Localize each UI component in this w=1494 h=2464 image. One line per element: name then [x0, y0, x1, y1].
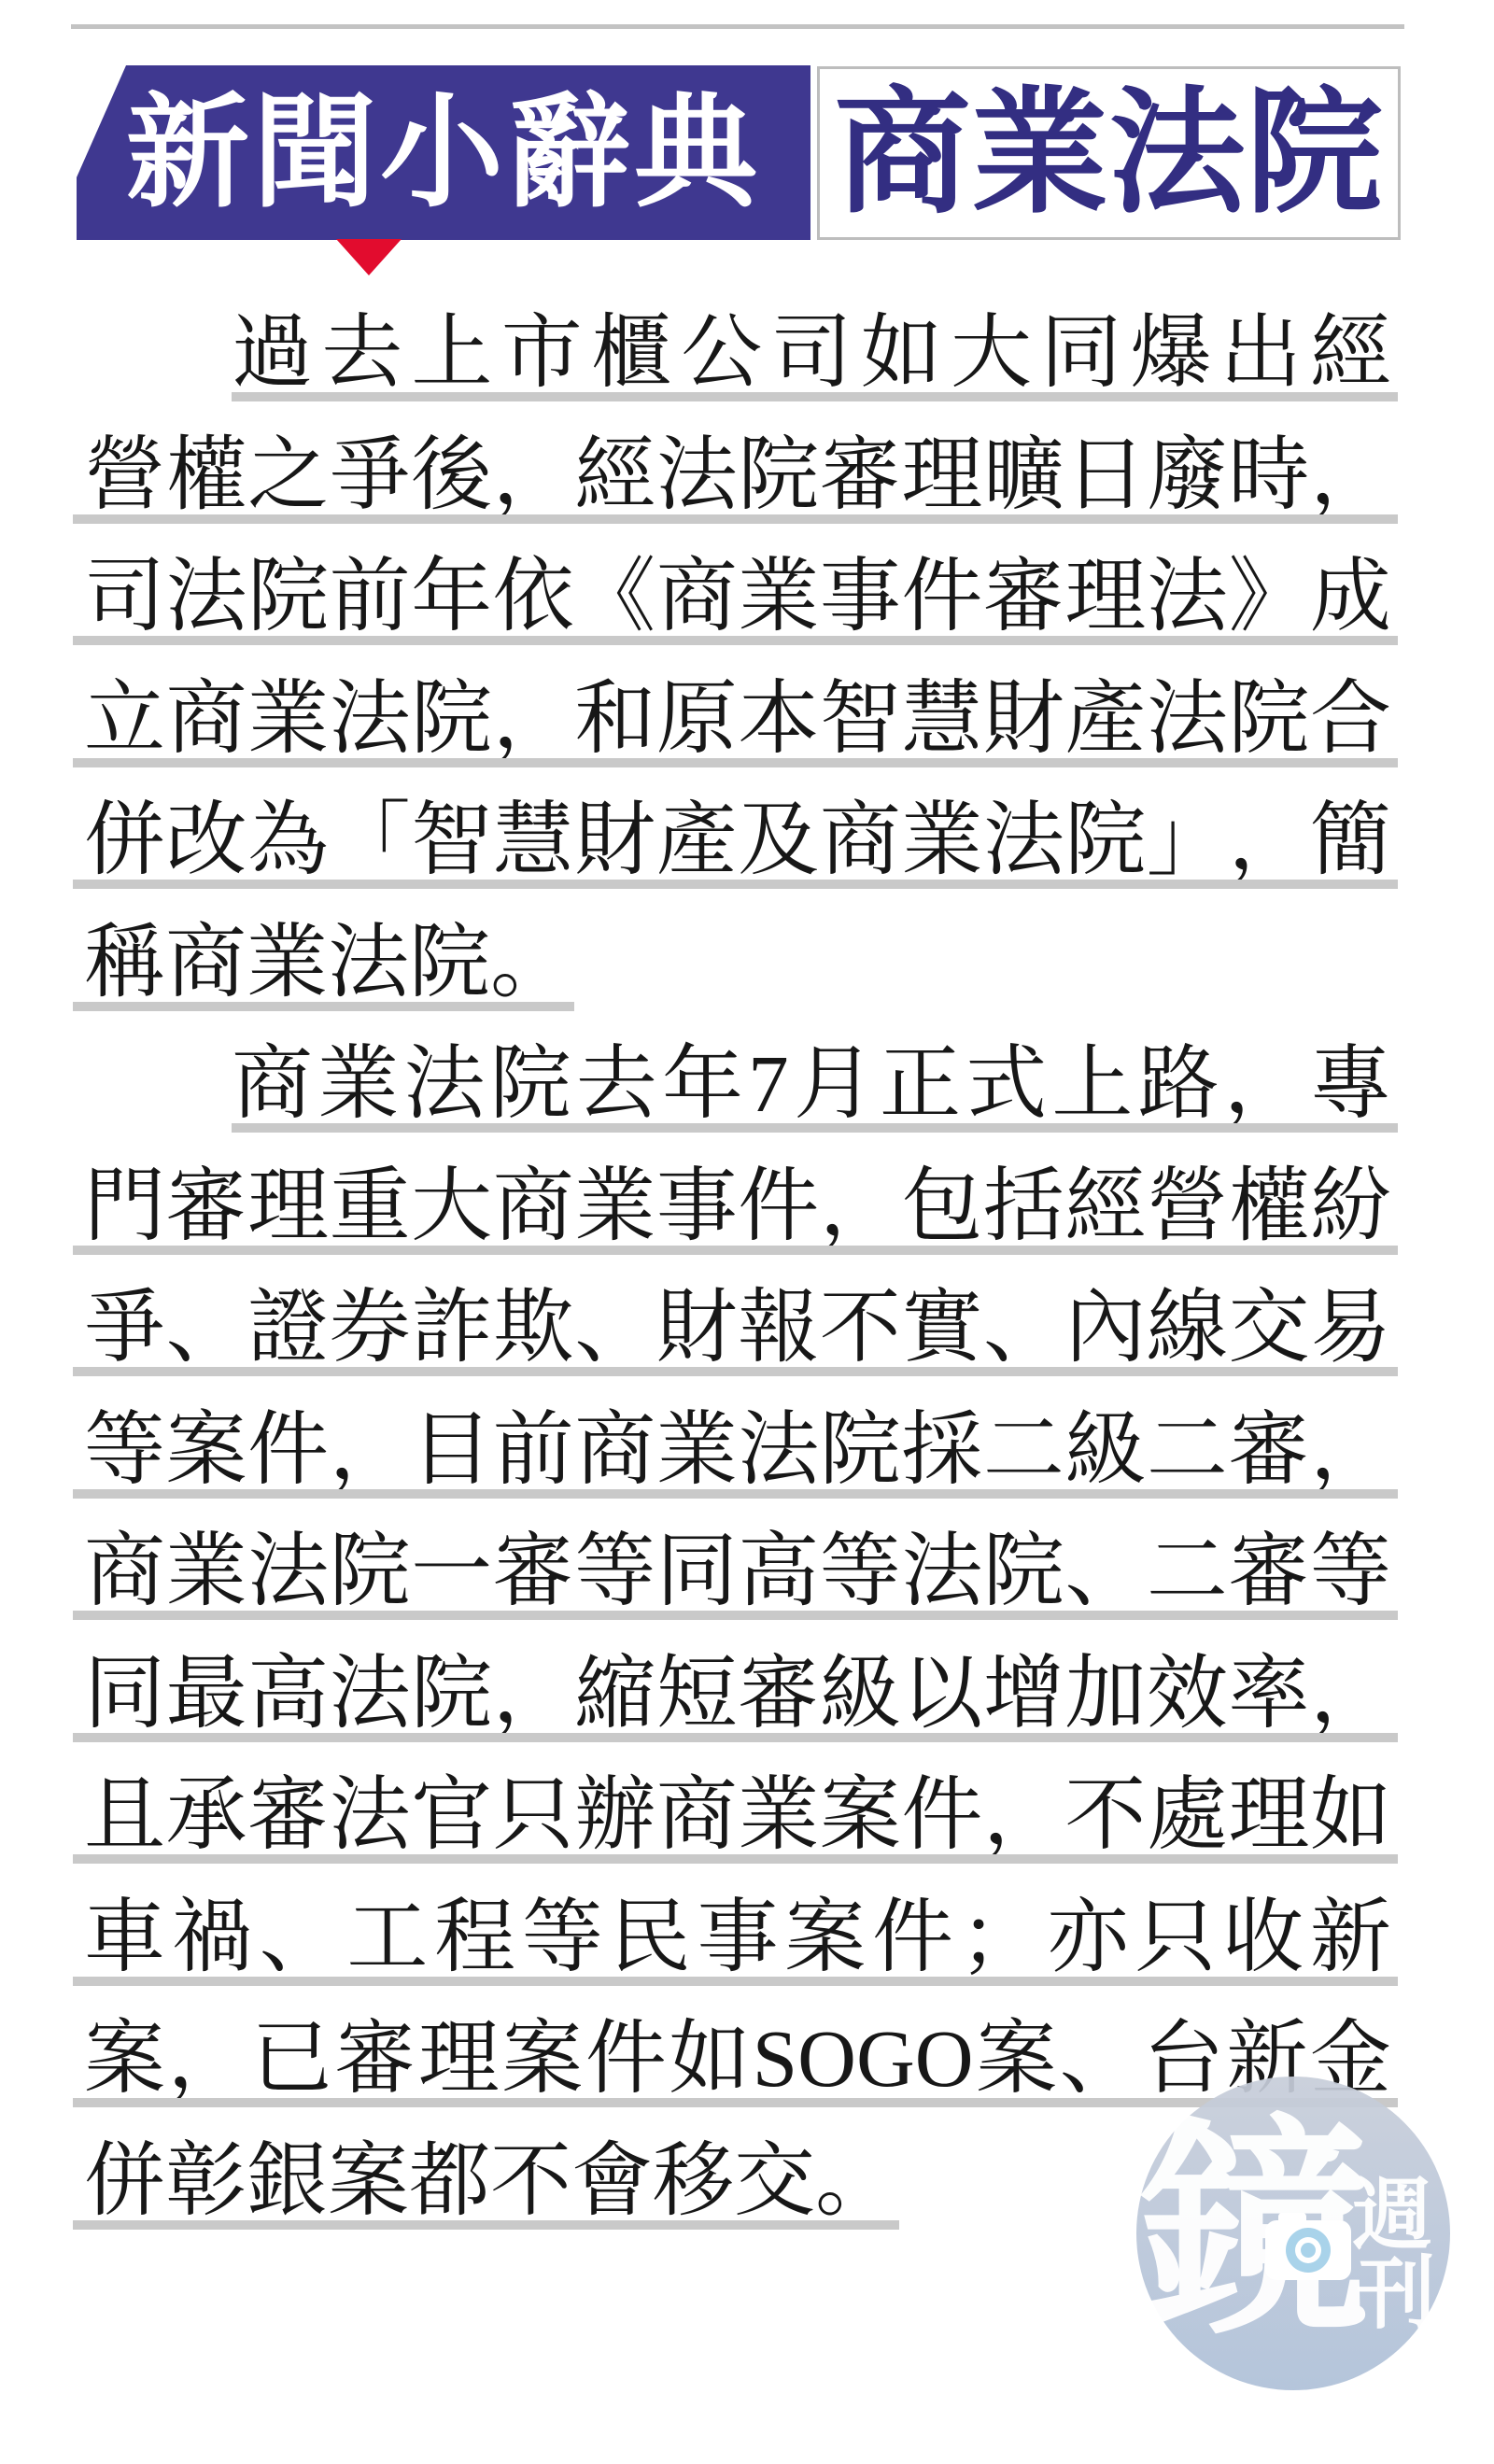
glyph: 業	[317, 1039, 399, 1129]
glyph: 司	[771, 308, 853, 398]
glyph: 式	[965, 1039, 1047, 1129]
glyph: 院	[1228, 674, 1309, 764]
text-line-row: 稱商業法院。	[0, 918, 1494, 1040]
glossary-banner-label: 新聞小辭典	[126, 92, 761, 215]
glyph: 智	[411, 796, 492, 885]
glyph: 爭	[330, 430, 411, 520]
glyph: 「	[330, 796, 411, 885]
glyph: 增	[983, 1649, 1064, 1739]
glyph: 商	[493, 1162, 574, 1251]
glyph: 理	[418, 2014, 500, 2104]
glyph: 審	[247, 1770, 329, 1860]
entry-title-box: 商業法院	[817, 66, 1401, 240]
line-underline	[73, 514, 1398, 524]
glyph: 爭	[84, 1283, 165, 1373]
glyph: 處	[1147, 1770, 1228, 1860]
glyph: 院	[411, 674, 492, 764]
glyph: 亦	[1048, 1893, 1129, 1982]
glyph: 工	[346, 1893, 428, 1982]
glyph: 稱	[84, 918, 165, 1007]
glyph: 易	[1310, 1283, 1391, 1373]
glyph: 審	[166, 1162, 247, 1251]
glyph: 重	[330, 1162, 411, 1251]
entry-title-label: 商業法院	[835, 85, 1384, 221]
text-line: 營權之爭後，經法院審理曠日廢時，	[84, 430, 1391, 516]
glyph: 併	[84, 796, 165, 885]
glyph: 目	[411, 1405, 492, 1495]
line-underline	[73, 1977, 1398, 1986]
glyph: 審	[493, 1527, 574, 1616]
line-underline	[73, 1002, 574, 1011]
glyph: 商	[574, 1405, 655, 1495]
glyph: 營	[1147, 1162, 1228, 1251]
glyph: 門	[84, 1162, 165, 1251]
text-line-row: 司法院前年依《商業事件審理法》成	[0, 552, 1494, 674]
glyph: 專	[1310, 1039, 1391, 1129]
glyph: 效	[1147, 1649, 1228, 1739]
glyph: 包	[901, 1162, 982, 1251]
glyph: 、	[1064, 1527, 1146, 1616]
glyph: 銀	[247, 2136, 328, 2226]
glyph: 同	[84, 1649, 165, 1739]
glyph: ；	[960, 1893, 1041, 1982]
glyph: 去	[576, 1039, 657, 1129]
line-underline	[73, 1611, 1398, 1620]
glyph: 權	[166, 430, 247, 520]
glyph: 法	[330, 1770, 411, 1860]
glyph: 經	[1064, 1162, 1146, 1251]
glyph: 一	[411, 1527, 492, 1616]
glyph: 件	[901, 1770, 982, 1860]
glyph: 承	[166, 1770, 247, 1860]
glyph: 等	[574, 1527, 655, 1616]
glyph: 業	[738, 552, 819, 641]
line-underline	[73, 636, 1398, 645]
glyph: 院	[409, 918, 490, 1007]
glyph: 案	[976, 2014, 1057, 2104]
glyph: 前	[493, 1405, 574, 1495]
glyph: 法	[403, 1039, 485, 1129]
glyph: 最	[166, 1649, 247, 1739]
glyph: 立	[84, 674, 165, 764]
text-line: 同最高法院，縮短審級以增加效率，	[84, 1649, 1391, 1735]
glyph: ，	[1310, 1649, 1391, 1739]
glyph: 財	[574, 796, 655, 885]
glyph: 」	[1147, 796, 1228, 885]
glyph: 等	[522, 1893, 603, 1982]
glyph: 件	[247, 1405, 329, 1495]
text-line-row: 營權之爭後，經法院審理曠日廢時，	[0, 430, 1494, 553]
glyph: 併	[84, 2136, 165, 2226]
glyph: 產	[1064, 674, 1146, 764]
glyph: 院	[1064, 796, 1146, 885]
glyph: 上	[1051, 1039, 1133, 1129]
glyph: 同	[1040, 308, 1121, 398]
glyph: 、	[574, 1283, 655, 1373]
glyph: 如	[1310, 1770, 1391, 1860]
glyph: 院	[490, 1039, 571, 1129]
glyph: 只	[1135, 1893, 1216, 1982]
glyph: 移	[653, 2136, 734, 2226]
line-underline	[73, 2220, 899, 2230]
glyph: 不	[1064, 1770, 1146, 1860]
glyph: 法	[738, 1405, 819, 1495]
glyph: 案	[328, 2136, 409, 2226]
line-underline	[232, 392, 1398, 401]
glyph: 經	[574, 430, 655, 520]
glyph: 欺	[493, 1283, 574, 1373]
glyph: 院	[411, 1649, 492, 1739]
glyph: 法	[983, 796, 1064, 885]
glyph: 件	[585, 2014, 667, 2104]
glyph: 交	[734, 2136, 815, 2226]
glyph: ，	[167, 2014, 248, 2104]
glyph: 廢	[1147, 430, 1228, 520]
glyph: 出	[1220, 308, 1302, 398]
glyph: 案	[166, 1405, 247, 1495]
glyph: 慧	[493, 796, 574, 885]
glyph: 本	[738, 674, 819, 764]
glyph: 案	[501, 2014, 583, 2104]
glyph: 證	[247, 1283, 329, 1373]
glyph: 商	[84, 1527, 165, 1616]
glyph: 高	[247, 1649, 329, 1739]
text-line-row: 等案件，目前商業法院採二級二審，	[0, 1405, 1494, 1528]
glyph: 民	[610, 1893, 691, 1982]
glyph: 官	[411, 1770, 492, 1860]
glyph: 權	[1228, 1162, 1309, 1251]
glyph: 彰	[165, 2136, 247, 2226]
glyph: 法	[330, 1649, 411, 1739]
glyph: 月	[794, 1039, 875, 1129]
glyph: 如	[861, 308, 942, 398]
glyph: ，	[820, 1162, 901, 1251]
glyph: ，	[330, 1405, 411, 1495]
glyph: 券	[330, 1283, 411, 1373]
glyph: 》	[1228, 552, 1309, 641]
glyph: 商	[165, 918, 247, 1007]
glyph: 詐	[411, 1283, 492, 1373]
glyph: 前	[330, 552, 411, 641]
glyph: 法	[1147, 674, 1228, 764]
glyph: 、	[1060, 2014, 1141, 2104]
glyph: 上	[412, 308, 493, 398]
line-underline	[73, 1367, 1398, 1376]
glyph: 以	[901, 1649, 982, 1739]
glyph: 改	[166, 796, 247, 885]
glyph: 《	[574, 552, 655, 641]
text-line-row: 併改為「智慧財產及商業法院」，簡	[0, 796, 1494, 918]
glyph: 禍	[172, 1893, 253, 1982]
glyph: 程	[434, 1893, 515, 1982]
glyph: 事	[656, 1162, 738, 1251]
glyph: 等	[820, 1527, 901, 1616]
glyph: 曠	[983, 430, 1064, 520]
glyph: 業	[247, 918, 328, 1007]
glyph: 審	[738, 1649, 819, 1739]
glyph: ，	[1224, 1039, 1305, 1129]
glyph: 年	[662, 1039, 743, 1129]
text-line: 稱商業法院。	[84, 918, 571, 1004]
text-line: 併改為「智慧財產及商業法院」，簡	[84, 796, 1391, 881]
glyph: 如	[669, 2014, 750, 2104]
glyph: 產	[656, 796, 738, 885]
glyph: 商	[656, 1770, 738, 1860]
glyph: 審	[983, 552, 1064, 641]
glyph: 車	[84, 1893, 165, 1982]
text-line-row: 門審理重大商業事件，包括經營權紛	[0, 1162, 1494, 1284]
glyph: 括	[983, 1162, 1064, 1251]
glyph: 院	[738, 430, 819, 520]
glyph: 櫃	[591, 308, 672, 398]
glyph: 合	[1310, 674, 1391, 764]
glyph: 智	[820, 674, 901, 764]
glyph: 業	[574, 1162, 655, 1251]
glyph: SOGO	[753, 2014, 974, 2104]
glyph: 二	[1147, 1527, 1228, 1616]
glyph: 案	[784, 1893, 866, 1982]
text-line-row: 商業法院去年7月正式上路，專	[0, 1039, 1494, 1162]
glyph: 公	[681, 308, 762, 398]
glyph: 。	[815, 2136, 896, 2226]
glyph: 過	[232, 308, 313, 398]
glyph: 審	[820, 430, 901, 520]
glyph: 正	[880, 1039, 961, 1129]
glyph: 商	[232, 1039, 313, 1129]
glyph: 營	[84, 430, 165, 520]
glyph: 法	[330, 674, 411, 764]
glyph: 事	[697, 1893, 778, 1982]
glyph: 及	[738, 796, 819, 885]
text-line: 商業法院一審等同高等法院、二審等	[84, 1527, 1391, 1612]
glyph: 日	[1064, 430, 1146, 520]
glyph: 內	[1064, 1283, 1146, 1373]
glyph: 件	[901, 552, 982, 641]
glyph: 同	[656, 1527, 738, 1616]
glyph: 財	[656, 1283, 738, 1373]
text-line: 併彰銀案都不會移交。	[84, 2136, 896, 2222]
glyph: 都	[409, 2136, 490, 2226]
glyph: 和	[574, 674, 655, 764]
glyph: 法	[247, 1527, 329, 1616]
logo-sub-bottom-glyph: 刊	[1356, 2250, 1435, 2339]
glyph: 院	[820, 1405, 901, 1495]
glyph: 大	[951, 308, 1032, 398]
glyph: 只	[493, 1770, 574, 1860]
glyph: 院	[247, 552, 329, 641]
text-line: 司法院前年依《商業事件審理法》成	[84, 552, 1391, 638]
glyph: 時	[1228, 430, 1309, 520]
glyph: 商	[656, 552, 738, 641]
glyph: 交	[1228, 1283, 1309, 1373]
glyph: 年	[411, 552, 492, 641]
pointer-triangle-icon	[336, 239, 402, 275]
text-line-row: 爭、證券詐欺、財報不實、內線交易	[0, 1283, 1494, 1405]
glyph: 報	[738, 1283, 819, 1373]
line-underline	[73, 1246, 1398, 1255]
text-line: 且承審法官只辦商業案件，不處理如	[84, 1770, 1391, 1856]
glyph: 案	[820, 1770, 901, 1860]
glyph: 件	[738, 1162, 819, 1251]
line-underline	[73, 1733, 1398, 1742]
glyph: 實	[901, 1283, 982, 1373]
glyph: 法	[328, 918, 409, 1007]
glyph: 不	[490, 2136, 571, 2226]
glyph: 。	[490, 918, 571, 1007]
glyph: 高	[738, 1527, 819, 1616]
glyph: ，	[1310, 1405, 1391, 1495]
camera-icon	[1265, 2213, 1351, 2280]
glyph: 二	[1147, 1405, 1228, 1495]
glyph: 審	[1228, 1527, 1309, 1616]
glyph: 司	[84, 552, 165, 641]
glyph: 大	[411, 1162, 492, 1251]
glyph: 原	[656, 674, 738, 764]
glyph: 案	[84, 2014, 165, 2104]
glyph: 縮	[574, 1649, 655, 1739]
glyph: 收	[1222, 1893, 1304, 1982]
article-clipping-page: 新聞小辭典 商業法院 過去上市櫃公司如大同爆出經營權之爭後，經法院審理曠日廢時，…	[0, 0, 1494, 2464]
text-line: 等案件，目前商業法院採二級二審，	[84, 1405, 1391, 1491]
glyph: 業	[656, 1405, 738, 1495]
glyph: 審	[1228, 1405, 1309, 1495]
glyph: 理	[1228, 1770, 1309, 1860]
glyph: 業	[901, 796, 982, 885]
glyph: ，	[493, 1649, 574, 1739]
glyph: 成	[1310, 552, 1391, 641]
glyph: 業	[247, 674, 329, 764]
line-underline	[73, 758, 1398, 767]
top-divider-rule	[71, 24, 1404, 29]
glyph: 業	[738, 1770, 819, 1860]
glyph: 法	[166, 552, 247, 641]
glyph: 紛	[1310, 1162, 1391, 1251]
article-body: 過去上市櫃公司如大同爆出經營權之爭後，經法院審理曠日廢時，司法院前年依《商業事件…	[0, 308, 1494, 2258]
logo-sub-top-glyph: 週	[1352, 2172, 1431, 2260]
glossary-banner: 新聞小辭典	[77, 65, 810, 240]
line-underline	[73, 1489, 1398, 1499]
text-line: 爭、證券詐欺、財報不實、內線交易	[84, 1283, 1391, 1369]
text-line: 門審理重大商業事件，包括經營權紛	[84, 1162, 1391, 1247]
glyph: 辦	[574, 1770, 655, 1860]
glyph: 後	[411, 430, 492, 520]
glyph: 加	[1064, 1649, 1146, 1739]
glyph: 新	[1310, 1893, 1391, 1982]
glyph: ，	[1310, 430, 1391, 520]
text-line: 立商業法院，和原本智慧財產法院合	[84, 674, 1391, 760]
text-line: 車禍、工程等民事案件；亦只收新	[84, 1893, 1391, 1978]
glyph: 簡	[1310, 796, 1391, 885]
glyph: ，	[1228, 796, 1309, 885]
text-line-row: 過去上市櫃公司如大同爆出經	[0, 308, 1494, 430]
text-line-row: 同最高法院，縮短審級以增加效率，	[0, 1649, 1494, 1771]
text-line-row: 商業法院一審等同高等法院、二審等	[0, 1527, 1494, 1649]
glyph: 法	[901, 1527, 982, 1616]
glyph: 法	[1147, 552, 1228, 641]
mirror-media-logo-icon: 鏡 週 刊	[1136, 2077, 1450, 2390]
glyph: 為	[247, 796, 329, 885]
glyph: 去	[321, 308, 402, 398]
glyph: 不	[820, 1283, 901, 1373]
glyph: 線	[1147, 1283, 1228, 1373]
line-underline	[232, 1123, 1398, 1133]
glyph: 率	[1228, 1649, 1309, 1739]
glyph: ，	[983, 1770, 1064, 1860]
glyph: ，	[493, 674, 574, 764]
glyph: 爆	[1131, 308, 1212, 398]
glyph: 院	[983, 1527, 1064, 1616]
glyph: 經	[1310, 308, 1391, 398]
glyph: 採	[901, 1405, 982, 1495]
text-line: 過去上市櫃公司如大同爆出經	[232, 308, 1391, 394]
glyph: 法	[656, 430, 738, 520]
glyph: 二	[983, 1405, 1064, 1495]
glyph: 級	[1064, 1405, 1146, 1495]
glyph: 事	[820, 552, 901, 641]
glyph: 等	[84, 1405, 165, 1495]
glyph: 慧	[901, 674, 982, 764]
glyph: 理	[247, 1162, 329, 1251]
line-underline	[73, 1854, 1398, 1864]
glyph: 依	[493, 552, 574, 641]
glyph: 、	[166, 1283, 247, 1373]
glyph: 路	[1138, 1039, 1219, 1129]
glyph: 理	[901, 430, 982, 520]
glyph: 業	[166, 1527, 247, 1616]
glyph: 理	[1064, 552, 1146, 641]
glyph: 院	[330, 1527, 411, 1616]
glyph: 件	[872, 1893, 953, 1982]
glyph: 會	[571, 2136, 653, 2226]
text-line-row: 立商業法院，和原本智慧財產法院合	[0, 674, 1494, 796]
glyph: 之	[247, 430, 329, 520]
glyph: 、	[260, 1893, 341, 1982]
mirror-media-watermark: 鏡 週 刊	[1136, 2077, 1450, 2390]
glyph: 市	[501, 308, 583, 398]
glyph: 等	[1310, 1527, 1391, 1616]
glyph: 且	[84, 1770, 165, 1860]
glyph: 財	[983, 674, 1064, 764]
text-line: 商業法院去年7月正式上路，專	[232, 1039, 1391, 1125]
glyph: 7	[748, 1039, 789, 1129]
glyph: 已	[251, 2014, 332, 2104]
glyph: ，	[493, 430, 574, 520]
glyph: 商	[166, 674, 247, 764]
glyph: 短	[656, 1649, 738, 1739]
line-underline	[73, 880, 1398, 889]
glyph: 商	[820, 796, 901, 885]
glyph: 級	[820, 1649, 901, 1739]
glyph: 、	[983, 1283, 1064, 1373]
glyph: 審	[334, 2014, 416, 2104]
text-line-row: 車禍、工程等民事案件；亦只收新	[0, 1893, 1494, 2015]
text-line-row: 且承審法官只辦商業案件，不處理如	[0, 1770, 1494, 1893]
